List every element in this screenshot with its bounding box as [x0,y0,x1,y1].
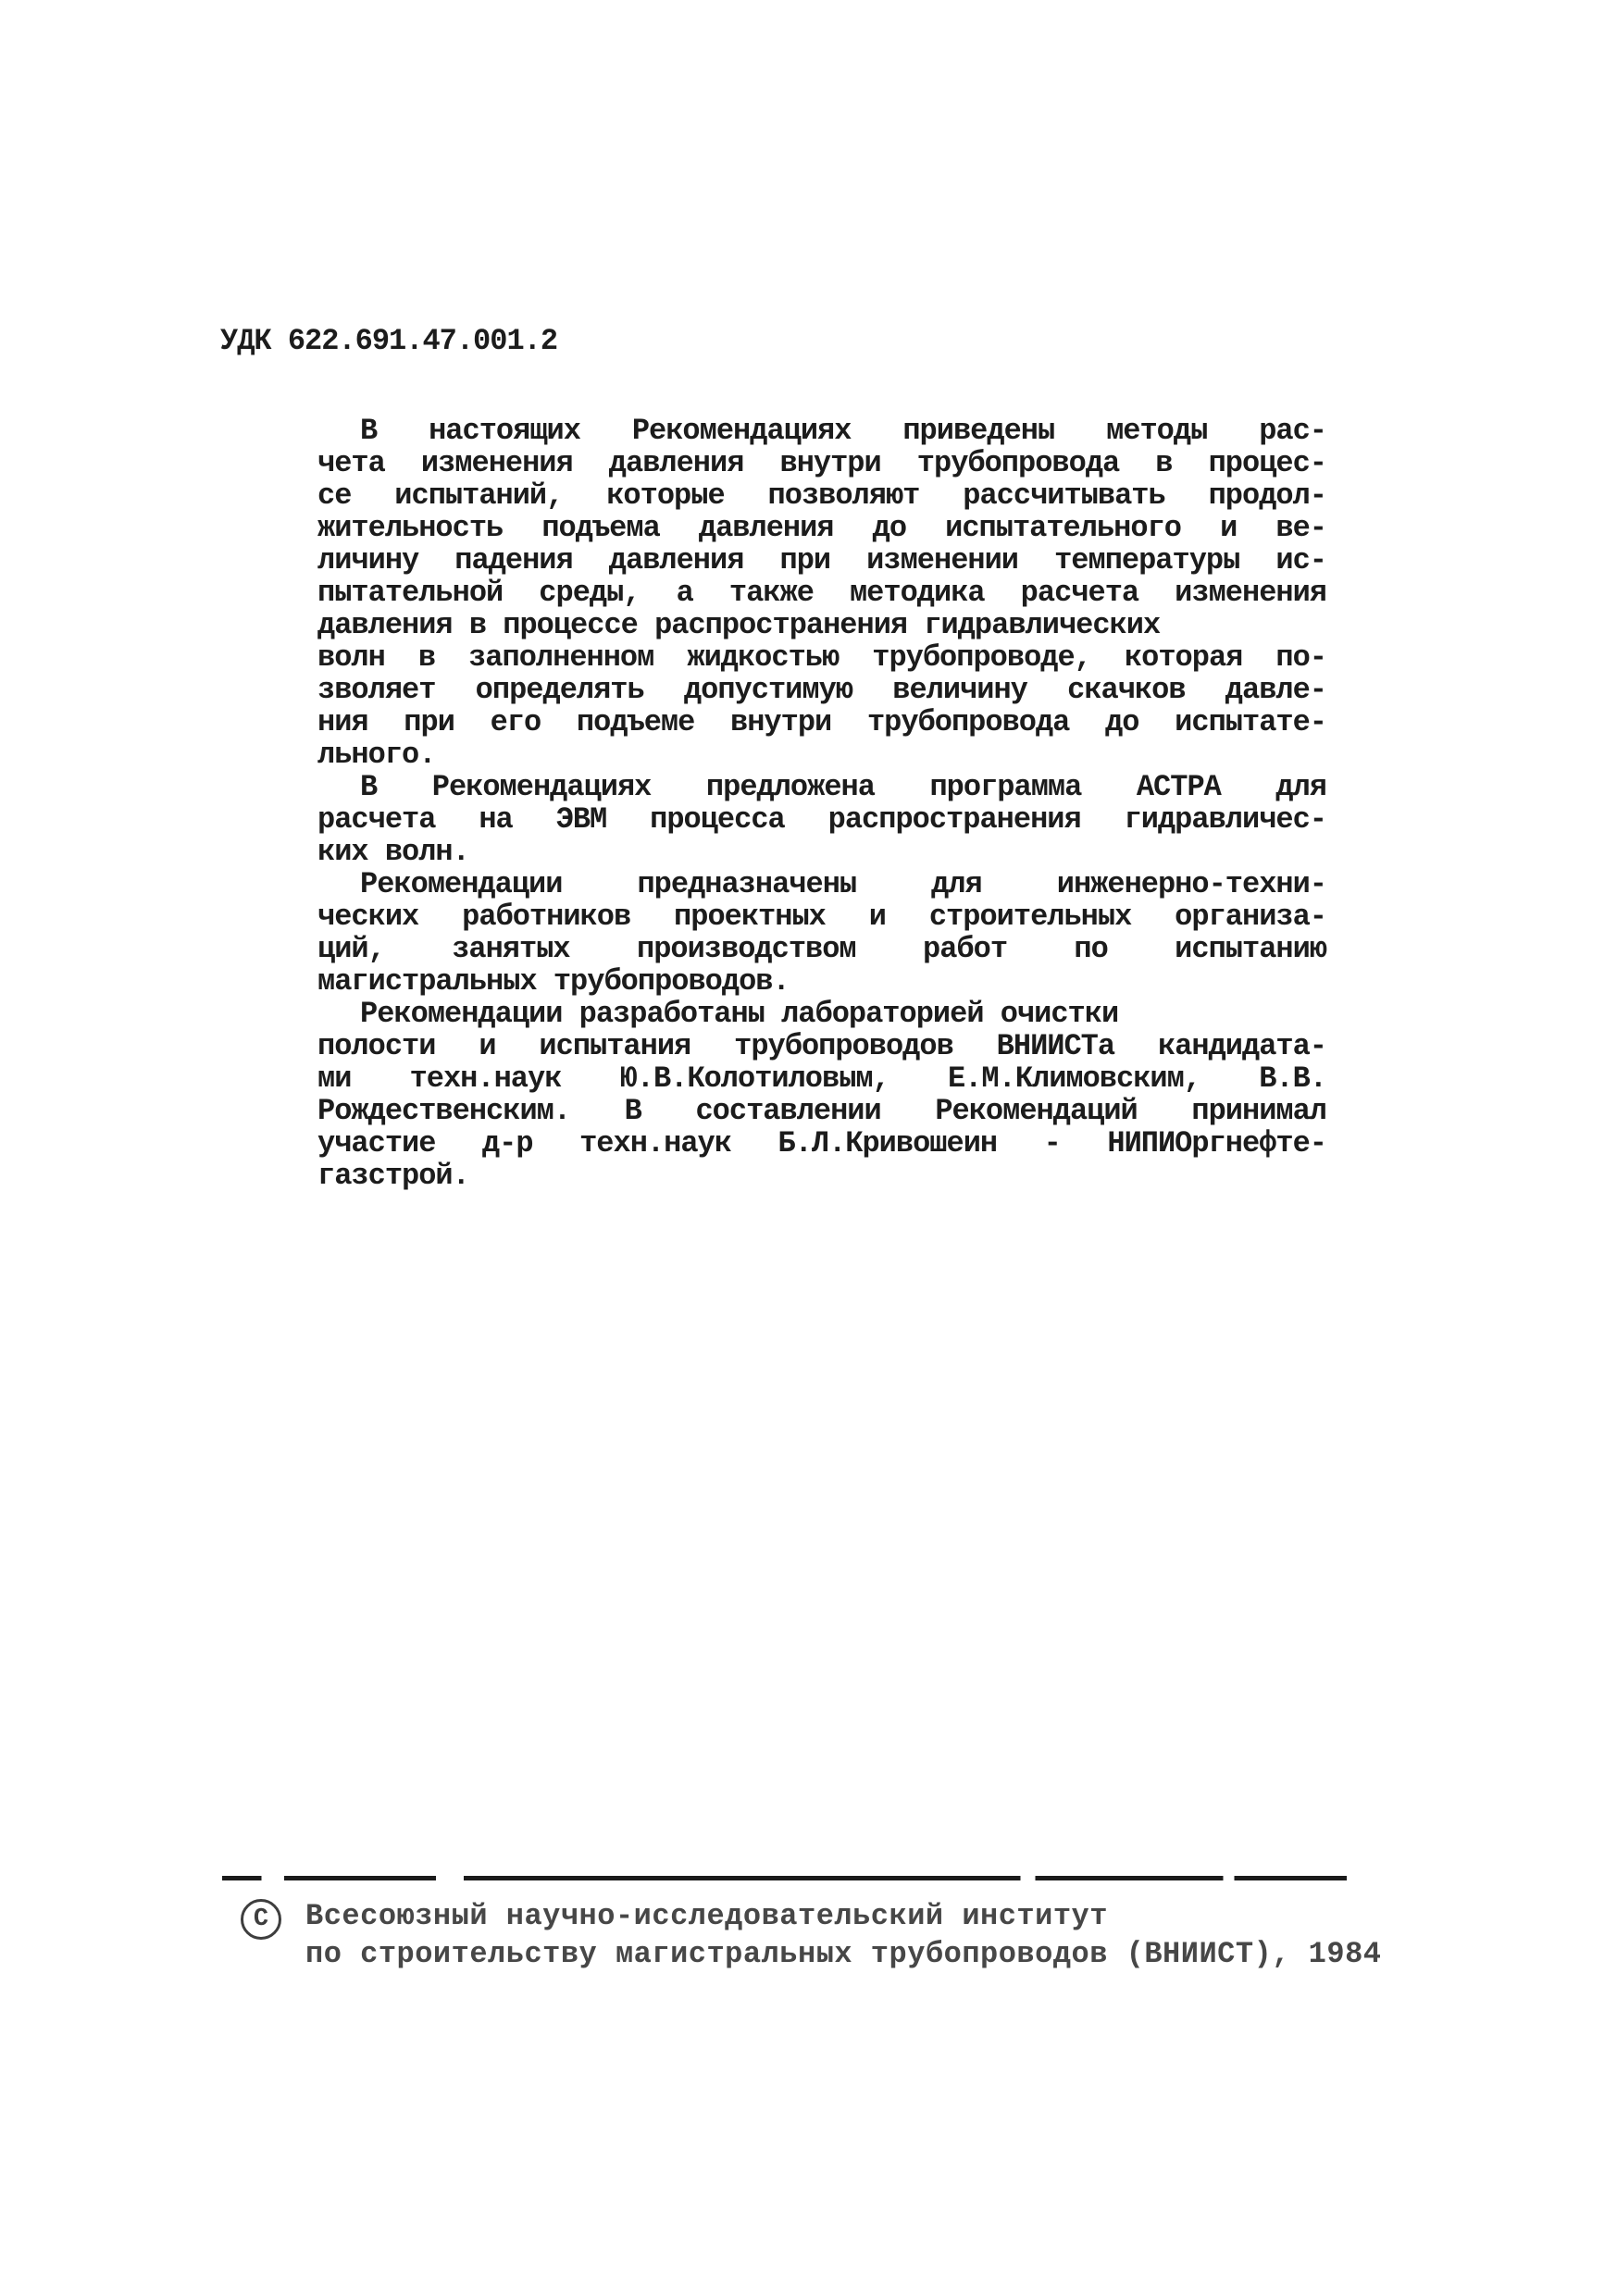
annotation-line: се испытаний, которые позволяют рассчиты… [317,479,1326,512]
copyright-line-2: по строительству магистральных трубопров… [305,1935,1462,1973]
footer-divider-line [222,1876,1347,1880]
annotation-line: зволяет определять допустимую величину с… [317,674,1326,706]
annotation-line: полости и испытания трубопроводов ВНИИСТ… [317,1030,1326,1062]
udc-number: УДК 622.691.47.001.2 [220,324,557,358]
annotation-line: участие д-р техн.наук Б.Л.Кривошеин - НИ… [317,1127,1326,1160]
annotation-line: чета изменения давления внутри трубопров… [317,447,1326,479]
annotation-line: ций, занятых производством работ по испы… [317,933,1326,965]
annotation-line: волн в заполненном жидкостью трубопровод… [317,641,1326,674]
annotation-line: Рождественским. В составлении Рекомендац… [317,1095,1326,1127]
annotation-line: расчета на ЭВМ процесса распространения … [317,803,1326,836]
annotation-line: Рекомендации разработаны лабораторией оч… [317,998,1326,1030]
copyright-line-1: Всесоюзный научно-исследовательский инст… [305,1897,1462,1935]
annotation-line: газстрой. [317,1160,1326,1192]
annotation-line: жительность подъема давления до испытате… [317,512,1326,544]
annotation-line: Рекомендации предназначены для инженерно… [317,868,1326,900]
annotation-line: ких волн. [317,836,1326,868]
annotation-text-block: В настоящих Рекомендациях приведены мето… [317,415,1326,1192]
scanned-document-page: УДК 622.691.47.001.2 В настоящих Рекомен… [0,0,1617,2296]
annotation-line: пытательной среды, а также методика расч… [317,577,1326,609]
annotation-line: В Рекомендациях предложена программа АСТ… [317,771,1326,803]
copyright-icon: C [241,1899,281,1940]
annotation-line: ческих работников проектных и строительн… [317,900,1326,933]
annotation-line: ния при его подъеме внутри трубопровода … [317,706,1326,738]
annotation-line: личину падения давления при изменении те… [317,544,1326,577]
annotation-line: льного. [317,738,1326,771]
annotation-line: давления в процессе распространения гидр… [317,609,1326,641]
annotation-line: ми техн.наук Ю.В.Колотиловым, Е.М.Климов… [317,1062,1326,1095]
annotation-line: магистральных трубопроводов. [317,965,1326,998]
copyright-notice: Всесоюзный научно-исследовательский инст… [305,1897,1462,1973]
annotation-line: В настоящих Рекомендациях приведены мето… [317,415,1326,447]
